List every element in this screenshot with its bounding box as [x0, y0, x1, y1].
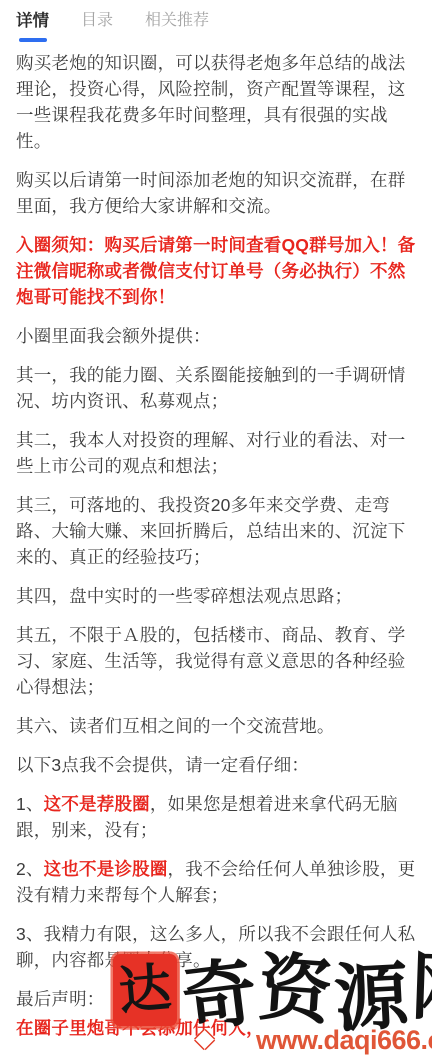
paragraph: 3、我精力有限，这么多人，所以我不会跟任何人私聊，内容都是圈内分享。 — [16, 921, 416, 973]
tab-目录[interactable]: 目录 — [81, 10, 113, 42]
tab-详情[interactable]: 详情 — [16, 10, 49, 42]
paragraph: 入圈须知：购买后请第一时间查看QQ群号加入！备注微信昵称或者微信支付订单号（务必… — [16, 232, 416, 310]
body-text: 其三，可落地的、我投资20多年来交学费、走弯路、大输大赚、来回折腾后，总结出来的… — [16, 495, 405, 567]
red-warning-text: 入圈须知：购买后请第一时间查看QQ群号加入！备注微信昵称或者微信支付订单号（务必… — [16, 235, 415, 307]
detail-content: 购买老炮的知识圈，可以获得老炮多年总结的战法理论，投资心得，风险控制，资产配置等… — [0, 42, 432, 1041]
red-warning-text: 在圈子里炮哥不会添加任何人， — [16, 1018, 264, 1038]
red-warning-text: 这不是荐股圈 — [44, 794, 150, 814]
paragraph: 其一，我的能力圈、关系圈能接触到的一手调研情况、坊内资讯、私募观点； — [16, 362, 416, 414]
body-text: 以下3点我不会提供，请一定看仔细： — [16, 755, 309, 775]
paragraph: 小圈里面我会额外提供： — [16, 323, 416, 349]
body-text: 购买老炮的知识圈，可以获得老炮多年总结的战法理论，投资心得，风险控制，资产配置等… — [16, 53, 405, 151]
body-text: 2、 — [16, 859, 44, 879]
body-text: 其五，不限于Ａ股的，包括楼市、商品、教育、学习、家庭、生活等，我觉得有意义意思的… — [16, 625, 405, 697]
red-warning-text: 这也不是诊股圈 — [44, 859, 168, 879]
paragraph: 其六、读者们互相之间的一个交流营地。 — [16, 713, 416, 739]
body-text: 其六、读者们互相之间的一个交流营地。 — [16, 716, 335, 736]
paragraph: 购买以后请第一时间添加老炮的知识交流群，在群里面，我方便给大家讲解和交流。 — [16, 167, 416, 219]
paragraph: 其二，我本人对投资的理解、对行业的看法、对一些上市公司的观点和想法； — [16, 427, 416, 479]
tab-bar: 详情目录相关推荐 — [0, 0, 432, 42]
tab-label: 目录 — [81, 10, 113, 32]
tab-label: 相关推荐 — [145, 10, 209, 32]
body-text: 小圈里面我会额外提供： — [16, 326, 211, 346]
paragraph: 其五，不限于Ａ股的，包括楼市、商品、教育、学习、家庭、生活等，我觉得有意义意思的… — [16, 622, 416, 700]
active-tab-underline — [83, 38, 111, 42]
body-text: 其一，我的能力圈、关系圈能接触到的一手调研情况、坊内资讯、私募观点； — [16, 365, 405, 411]
paragraph: 其四，盘中实时的一些零碎想法观点思路； — [16, 583, 416, 609]
app-screen: 详情目录相关推荐 购买老炮的知识圈，可以获得老炮多年总结的战法理论，投资心得，风… — [0, 0, 432, 1056]
body-text: 其四，盘中实时的一些零碎想法观点思路； — [16, 586, 352, 606]
paragraph: 其三，可落地的、我投资20多年来交学费、走弯路、大输大赚、来回折腾后，总结出来的… — [16, 492, 416, 570]
body-text: 其二，我本人对投资的理解、对行业的看法、对一些上市公司的观点和想法； — [16, 430, 405, 476]
tab-label: 详情 — [16, 10, 49, 32]
paragraph: 在圈子里炮哥不会添加任何人， — [16, 1015, 416, 1041]
body-text: 购买以后请第一时间添加老炮的知识交流群，在群里面，我方便给大家讲解和交流。 — [16, 170, 405, 216]
paragraph: 购买老炮的知识圈，可以获得老炮多年总结的战法理论，投资心得，风险控制，资产配置等… — [16, 50, 416, 154]
active-tab-underline — [19, 38, 47, 42]
paragraph: 以下3点我不会提供，请一定看仔细： — [16, 752, 416, 778]
tab-相关推荐[interactable]: 相关推荐 — [145, 10, 209, 42]
paragraph: 最后声明： — [16, 986, 416, 1012]
paragraph: 2、这也不是诊股圈，我不会给任何人单独诊股，更没有精力来帮每个人解套； — [16, 856, 416, 908]
body-text: 3、我精力有限，这么多人，所以我不会跟任何人私聊，内容都是圈内分享。 — [16, 924, 415, 970]
body-text: 1、 — [16, 794, 44, 814]
body-text: 最后声明： — [16, 989, 105, 1009]
active-tab-underline — [163, 38, 191, 42]
paragraph: 1、这不是荐股圈，如果您是想着进来拿代码无脑跟，别来，没有； — [16, 791, 416, 843]
